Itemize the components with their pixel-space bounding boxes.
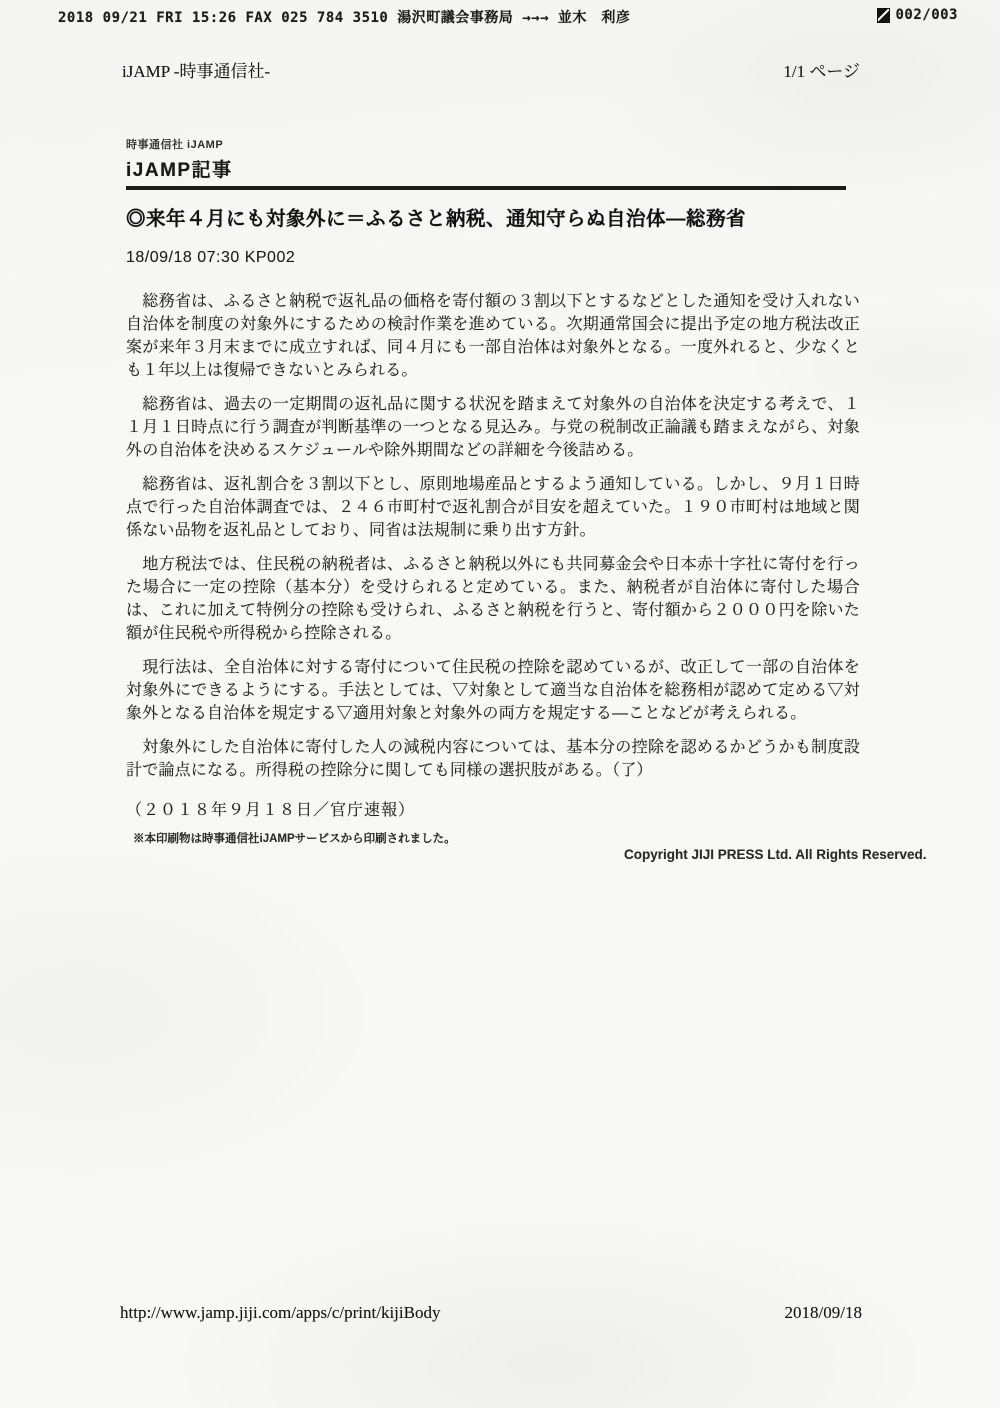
article-paragraph: 対象外にした自治体に寄付した人の減税内容については、基本分の控除を認めるかどうか… — [126, 736, 860, 782]
masthead-rule — [126, 186, 846, 190]
fax-page-counter-text: 002/003 — [895, 7, 958, 23]
article-paragraph: 現行法は、全自治体に対する寄付について住民税の控除を認めているが、改正して一部の… — [126, 656, 860, 725]
masthead-service-line: 時事通信社 iJAMP — [126, 136, 860, 152]
article-closing-dateline: （２０１８年９月１８日／官庁速報） — [126, 797, 860, 820]
print-service-notice: ※本印刷物は時事通信社iJAMPサービスから印刷されました。 — [133, 830, 456, 846]
article-paragraph: 総務省は、過去の一定期間の返礼品に関する状況を踏まえて対象外の自治体を決定する考… — [126, 393, 860, 462]
article-dateline: 18/09/18 07:30 KP002 — [126, 249, 860, 267]
article-paragraph: 地方税法では、住民税の納税者は、ふるさと納税以外にも共同募金会や日本赤十字社に寄… — [126, 553, 860, 645]
article-content: 時事通信社 iJAMP iJAMP記事 ◎来年４月にも対象外に＝ふるさと納税、通… — [126, 136, 860, 820]
fax-page-icon — [877, 8, 890, 23]
article-headline: ◎来年４月にも対象外に＝ふるさと納税、通知守らぬ自治体—総務省 — [126, 203, 860, 231]
fax-transmission-header: 2018 09/21 FRI 15:26 FAX 025 784 3510 湯沢… — [58, 7, 958, 27]
printout-date: 2018/09/18 — [785, 1303, 862, 1323]
article-paragraph: 総務省は、返礼割合を３割以下とし、原則地場産品とするよう通知している。しかし、９… — [126, 473, 860, 542]
printout-header: iJAMP -時事通信社- 1/1 ページ — [122, 57, 860, 82]
printout-page-indicator: 1/1 ページ — [783, 57, 860, 82]
printout-footer: http://www.jamp.jiji.com/apps/c/print/ki… — [120, 1303, 862, 1323]
copyright-notice: Copyright JIJI PRESS Ltd. All Rights Res… — [624, 847, 927, 862]
fax-transmission-line: 2018 09/21 FRI 15:26 FAX 025 784 3510 湯沢… — [58, 7, 630, 27]
article-body: 総務省は、ふるさと納税で返礼品の価格を寄付額の３割以下とするなどとした通知を受け… — [126, 290, 860, 782]
printout-url: http://www.jamp.jiji.com/apps/c/print/ki… — [120, 1303, 440, 1323]
printout-source: iJAMP -時事通信社- — [122, 57, 270, 82]
scanned-fax-page: 2018 09/21 FRI 15:26 FAX 025 784 3510 湯沢… — [0, 0, 1000, 1408]
article-paragraph: 総務省は、ふるさと納税で返礼品の価格を寄付額の３割以下とするなどとした通知を受け… — [126, 290, 860, 382]
masthead-section-title: iJAMP記事 — [126, 155, 860, 182]
fax-page-counter: 002/003 — [877, 7, 958, 23]
